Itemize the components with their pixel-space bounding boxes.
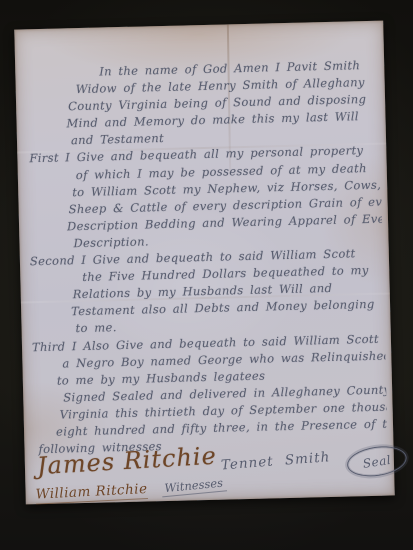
manuscript-paper: In the name of God Amen I Pavit Smith Wi… [14,21,394,505]
manuscript-body: In the name of God Amen I Pavit Smith Wi… [25,57,388,459]
witnesses-flourish: Witnesses [161,475,227,497]
seal-label: Seal [362,452,392,470]
signature-william-ritchie: William Ritchie [35,481,148,505]
photo-background: In the name of God Amen I Pavit Smith Wi… [0,0,413,550]
